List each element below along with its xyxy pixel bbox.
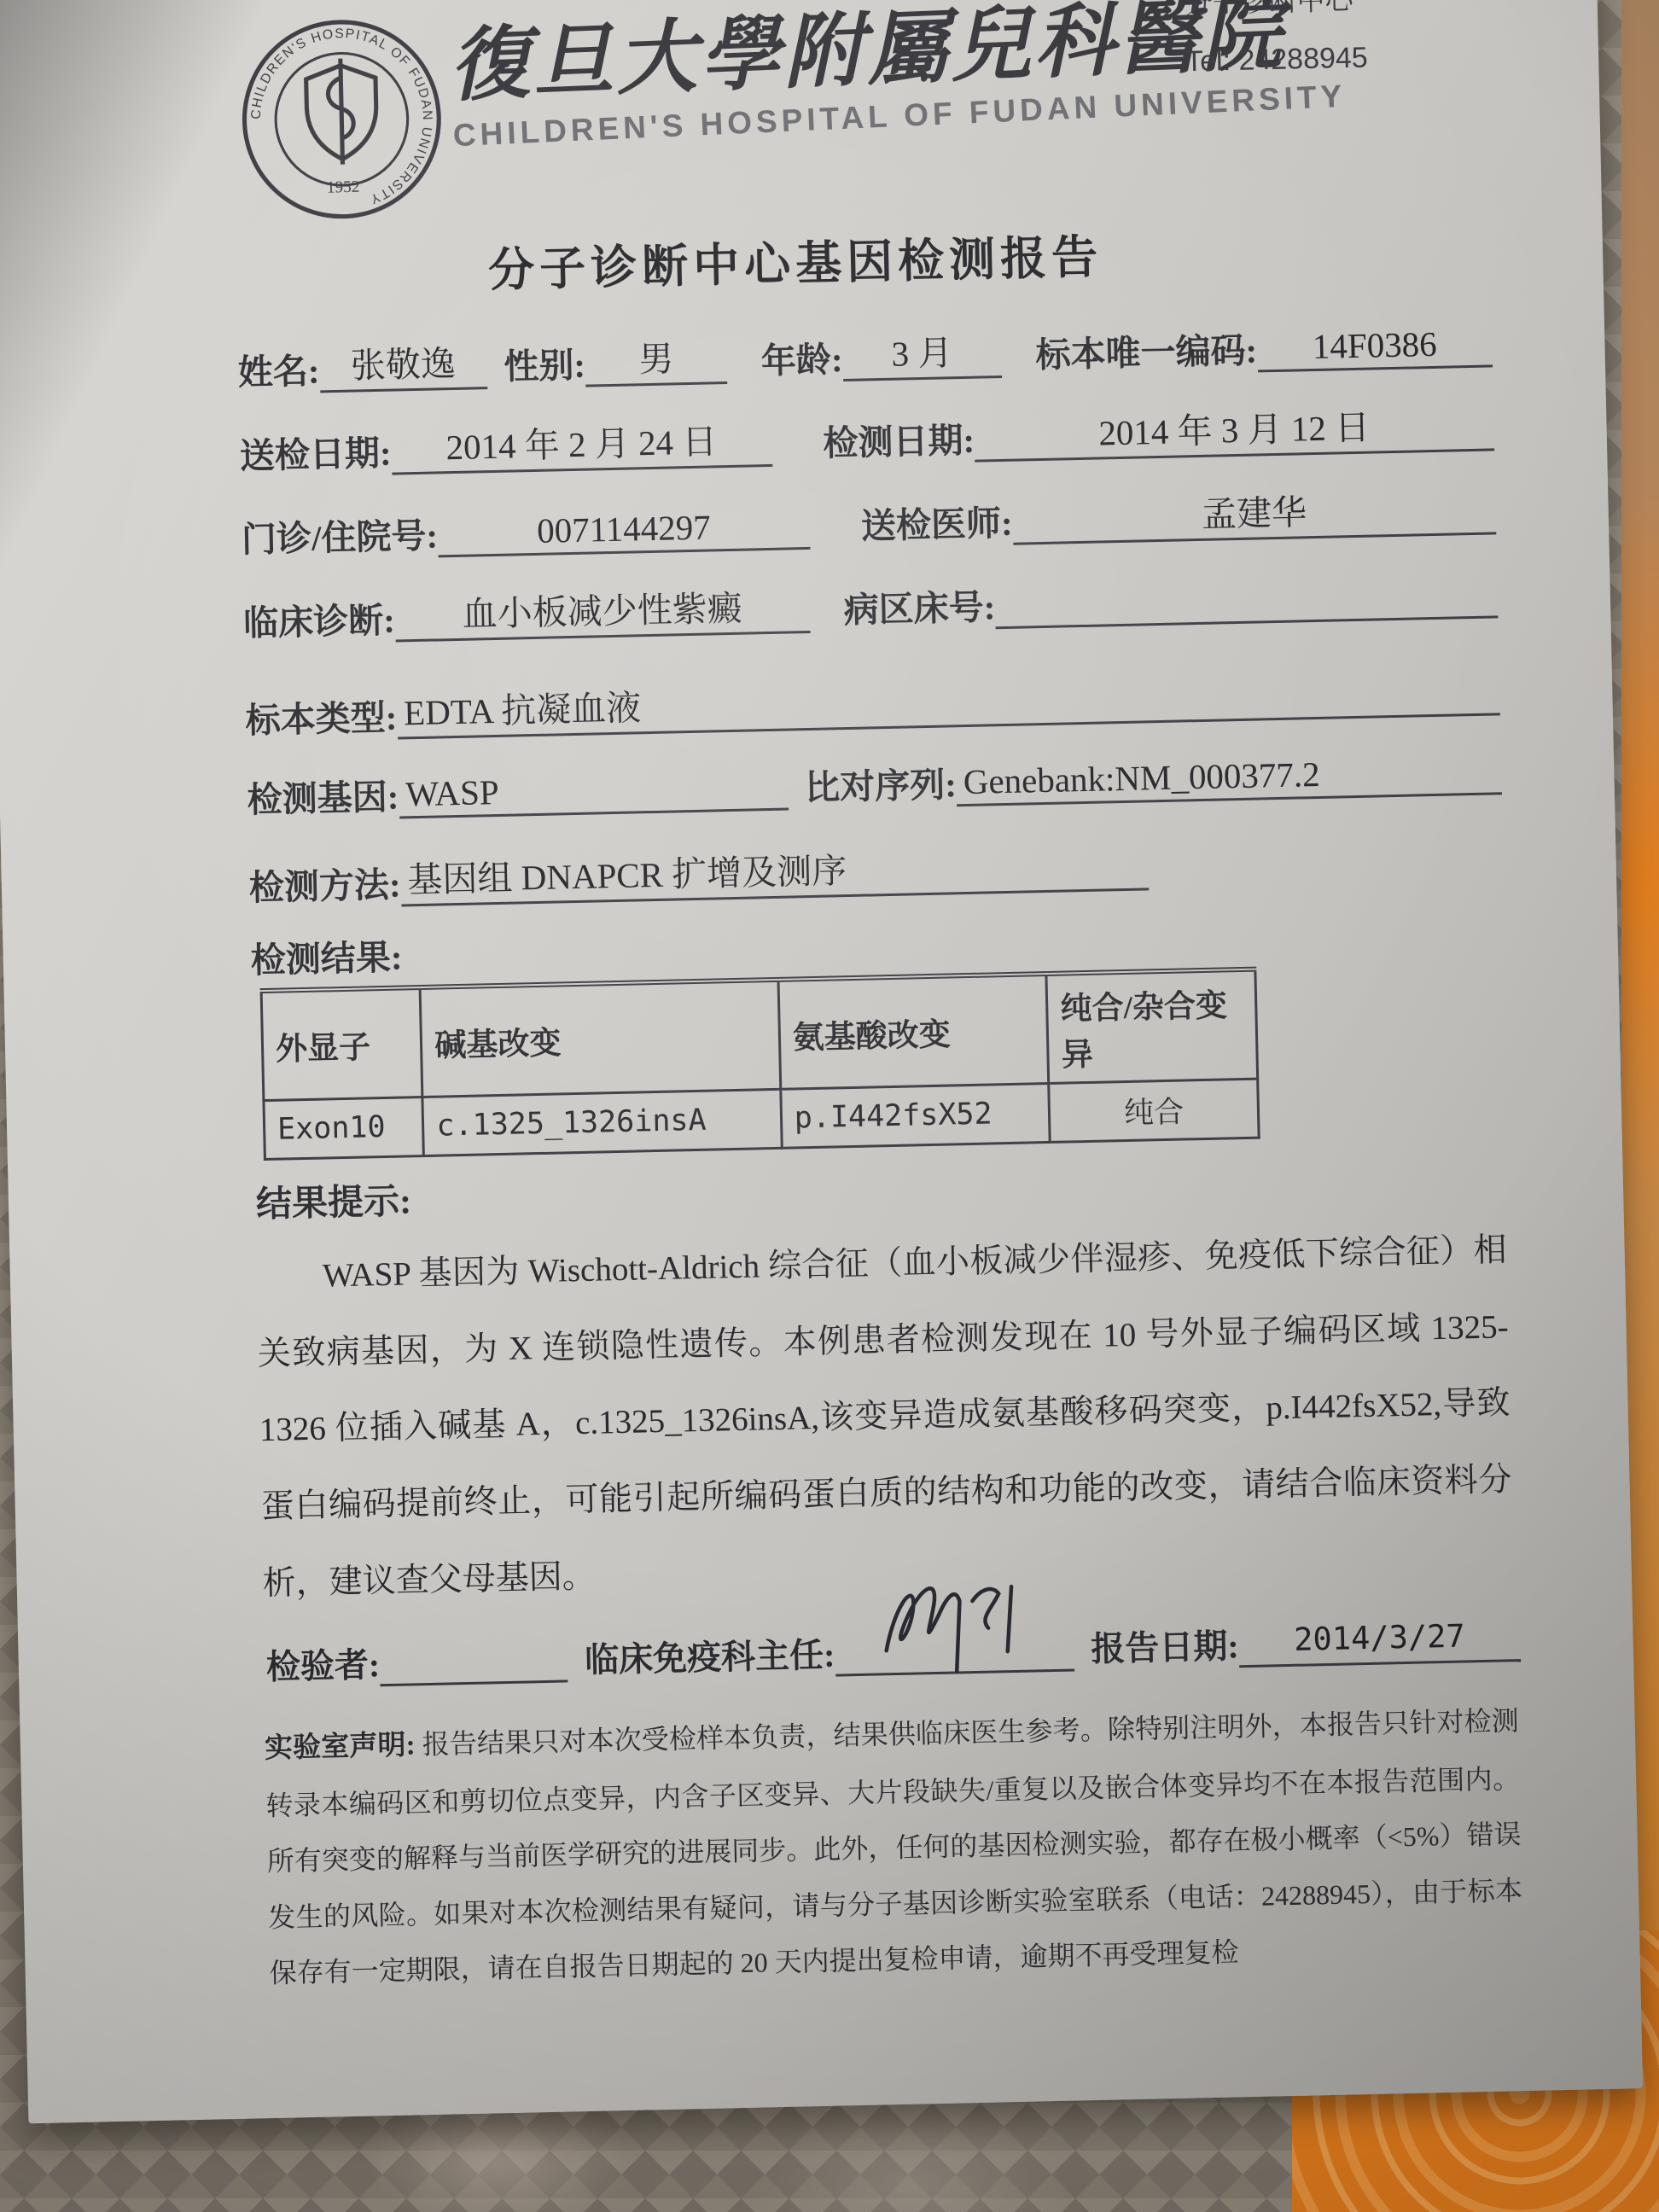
col-exon: 外显子 bbox=[261, 987, 422, 1101]
report-date-label: 报告日期: bbox=[1091, 1619, 1240, 1671]
sample-type-label: 标本类型: bbox=[245, 690, 398, 743]
dept-name: 分子诊断中心 bbox=[1184, 0, 1367, 21]
patient-no-label: 门诊/住院号: bbox=[241, 507, 438, 562]
col-zygosity: 纯合/杂合变异 bbox=[1046, 969, 1257, 1084]
age-label: 年龄: bbox=[760, 331, 843, 383]
gender-value: 男 bbox=[585, 329, 727, 387]
hospital-logo: CHILDREN'S HOSPITAL OF FUDAN UNIVERSITY … bbox=[236, 13, 448, 225]
test-date-value: 2014 年 3 月 12 日 bbox=[974, 396, 1494, 462]
director-label: 临床免疫科主任: bbox=[584, 1628, 835, 1682]
examiner-label: 检验者: bbox=[265, 1638, 381, 1689]
name-label: 姓名: bbox=[237, 342, 320, 394]
form-row-identity: 姓名: 张敬逸 性别: 男 年龄: 3 月 标本唯一编码: 14F0386 bbox=[237, 312, 1493, 394]
sample-id-value: 14F0386 bbox=[1257, 322, 1493, 372]
cell-base-change: c.1325_1326insA bbox=[422, 1089, 782, 1155]
gender-label: 性别: bbox=[504, 337, 586, 389]
age-value: 3 月 bbox=[842, 323, 1002, 381]
bed-no-value bbox=[995, 573, 1499, 629]
bed-no-label: 病区床号: bbox=[843, 579, 996, 632]
sample-id-label: 标本唯一编码: bbox=[1035, 322, 1258, 377]
result-heading-label: 检测结果: bbox=[250, 928, 403, 982]
doctor-label: 送检医师: bbox=[860, 495, 1013, 549]
form-row-gene: 检测基因: WASP 比对序列: Genebank:NM_000377.2 bbox=[247, 744, 1502, 822]
result-table-header-row: 外显子 碱基改变 氨基酸改变 纯合/杂合变异 bbox=[261, 969, 1258, 1101]
form-row-patient-no: 门诊/住院号: 0071144297 送检医师: 孟建华 bbox=[241, 480, 1496, 562]
director-signature-line bbox=[835, 1627, 1074, 1676]
cell-aa-change: p.I442fsX52 bbox=[781, 1083, 1051, 1148]
patient-no-value: 0071144297 bbox=[437, 504, 810, 557]
ref-seq-value: Genebank:NM_000377.2 bbox=[956, 749, 1502, 806]
dept-tel: Tel: 24288945 bbox=[1185, 42, 1368, 79]
ref-seq-label: 比对序列: bbox=[805, 756, 958, 810]
gene-label: 检测基因: bbox=[247, 769, 399, 823]
send-date-value: 2014 年 2 月 24 日 bbox=[391, 412, 772, 475]
send-date-label: 送检日期: bbox=[239, 425, 392, 479]
diagnosis-label: 临床诊断: bbox=[243, 592, 396, 646]
lab-statement: 实验室声明: 报告结果只对本次受检样本负责，结果供临床医生参考。除特别注明外，本… bbox=[264, 1693, 1524, 2002]
result-note-heading: 结果提示: bbox=[255, 1173, 411, 1227]
form-row-result-heading: 检测结果: bbox=[250, 905, 1505, 982]
name-value: 张敬逸 bbox=[319, 335, 487, 393]
signature-row: 检验者: 临床免疫科主任: 报告日期: 2014/3/27 bbox=[265, 1613, 1521, 1689]
form-row-diagnosis: 临床诊断: 血小板减少性紫癜 病区床号: bbox=[242, 563, 1498, 645]
form-row-sample-type: 标本类型: EDTA 抗凝血液 bbox=[245, 661, 1500, 742]
form-row-method: 检测方法: 基因组 DNAPCR 扩增及测序 bbox=[248, 828, 1504, 910]
director-signature-handwriting bbox=[859, 1562, 1049, 1685]
report-document: CHILDREN'S HOSPITAL OF FUDAN UNIVERSITY … bbox=[0, 0, 1643, 2123]
svg-text:1952: 1952 bbox=[327, 178, 360, 197]
method-label: 检测方法: bbox=[248, 856, 401, 910]
sample-type-value: EDTA 抗凝血液 bbox=[396, 661, 1499, 739]
examiner-signature-blank bbox=[380, 1639, 568, 1686]
diagnosis-value: 血小板减少性紫癜 bbox=[394, 579, 810, 643]
col-base-change: 碱基改变 bbox=[420, 980, 780, 1097]
method-value: 基因组 DNAPCR 扩增及测序 bbox=[400, 835, 1149, 906]
form-row-dates: 送检日期: 2014 年 2 月 24 日 检测日期: 2014 年 3 月 1… bbox=[239, 396, 1494, 478]
lab-statement-text: 报告结果只对本次受检样本负责，结果供临床医生参考。除特别注明外，本报告只针对检测… bbox=[265, 1705, 1522, 1988]
lab-statement-label: 实验室声明: bbox=[265, 1730, 416, 1764]
report-date-value: 2014/3/27 bbox=[1238, 1616, 1521, 1668]
test-date-label: 检测日期: bbox=[823, 412, 975, 466]
gene-value: WASP bbox=[399, 765, 789, 819]
col-aa-change: 氨基酸改变 bbox=[778, 974, 1049, 1089]
cell-exon: Exon10 bbox=[264, 1097, 424, 1159]
doctor-value: 孟建华 bbox=[1012, 480, 1497, 544]
result-note-text: WASP 基因为 Wischott-Aldrich 综合征（血小板减少伴湿疹、免… bbox=[255, 1212, 1514, 1621]
cell-zygosity: 纯合 bbox=[1049, 1079, 1259, 1142]
result-table: 外显子 碱基改变 氨基酸改变 纯合/杂合变异 Exon10 c.1325_132… bbox=[260, 967, 1260, 1161]
header-contact-block: 分子诊断中心 Tel: 24288945 bbox=[1184, 0, 1368, 79]
